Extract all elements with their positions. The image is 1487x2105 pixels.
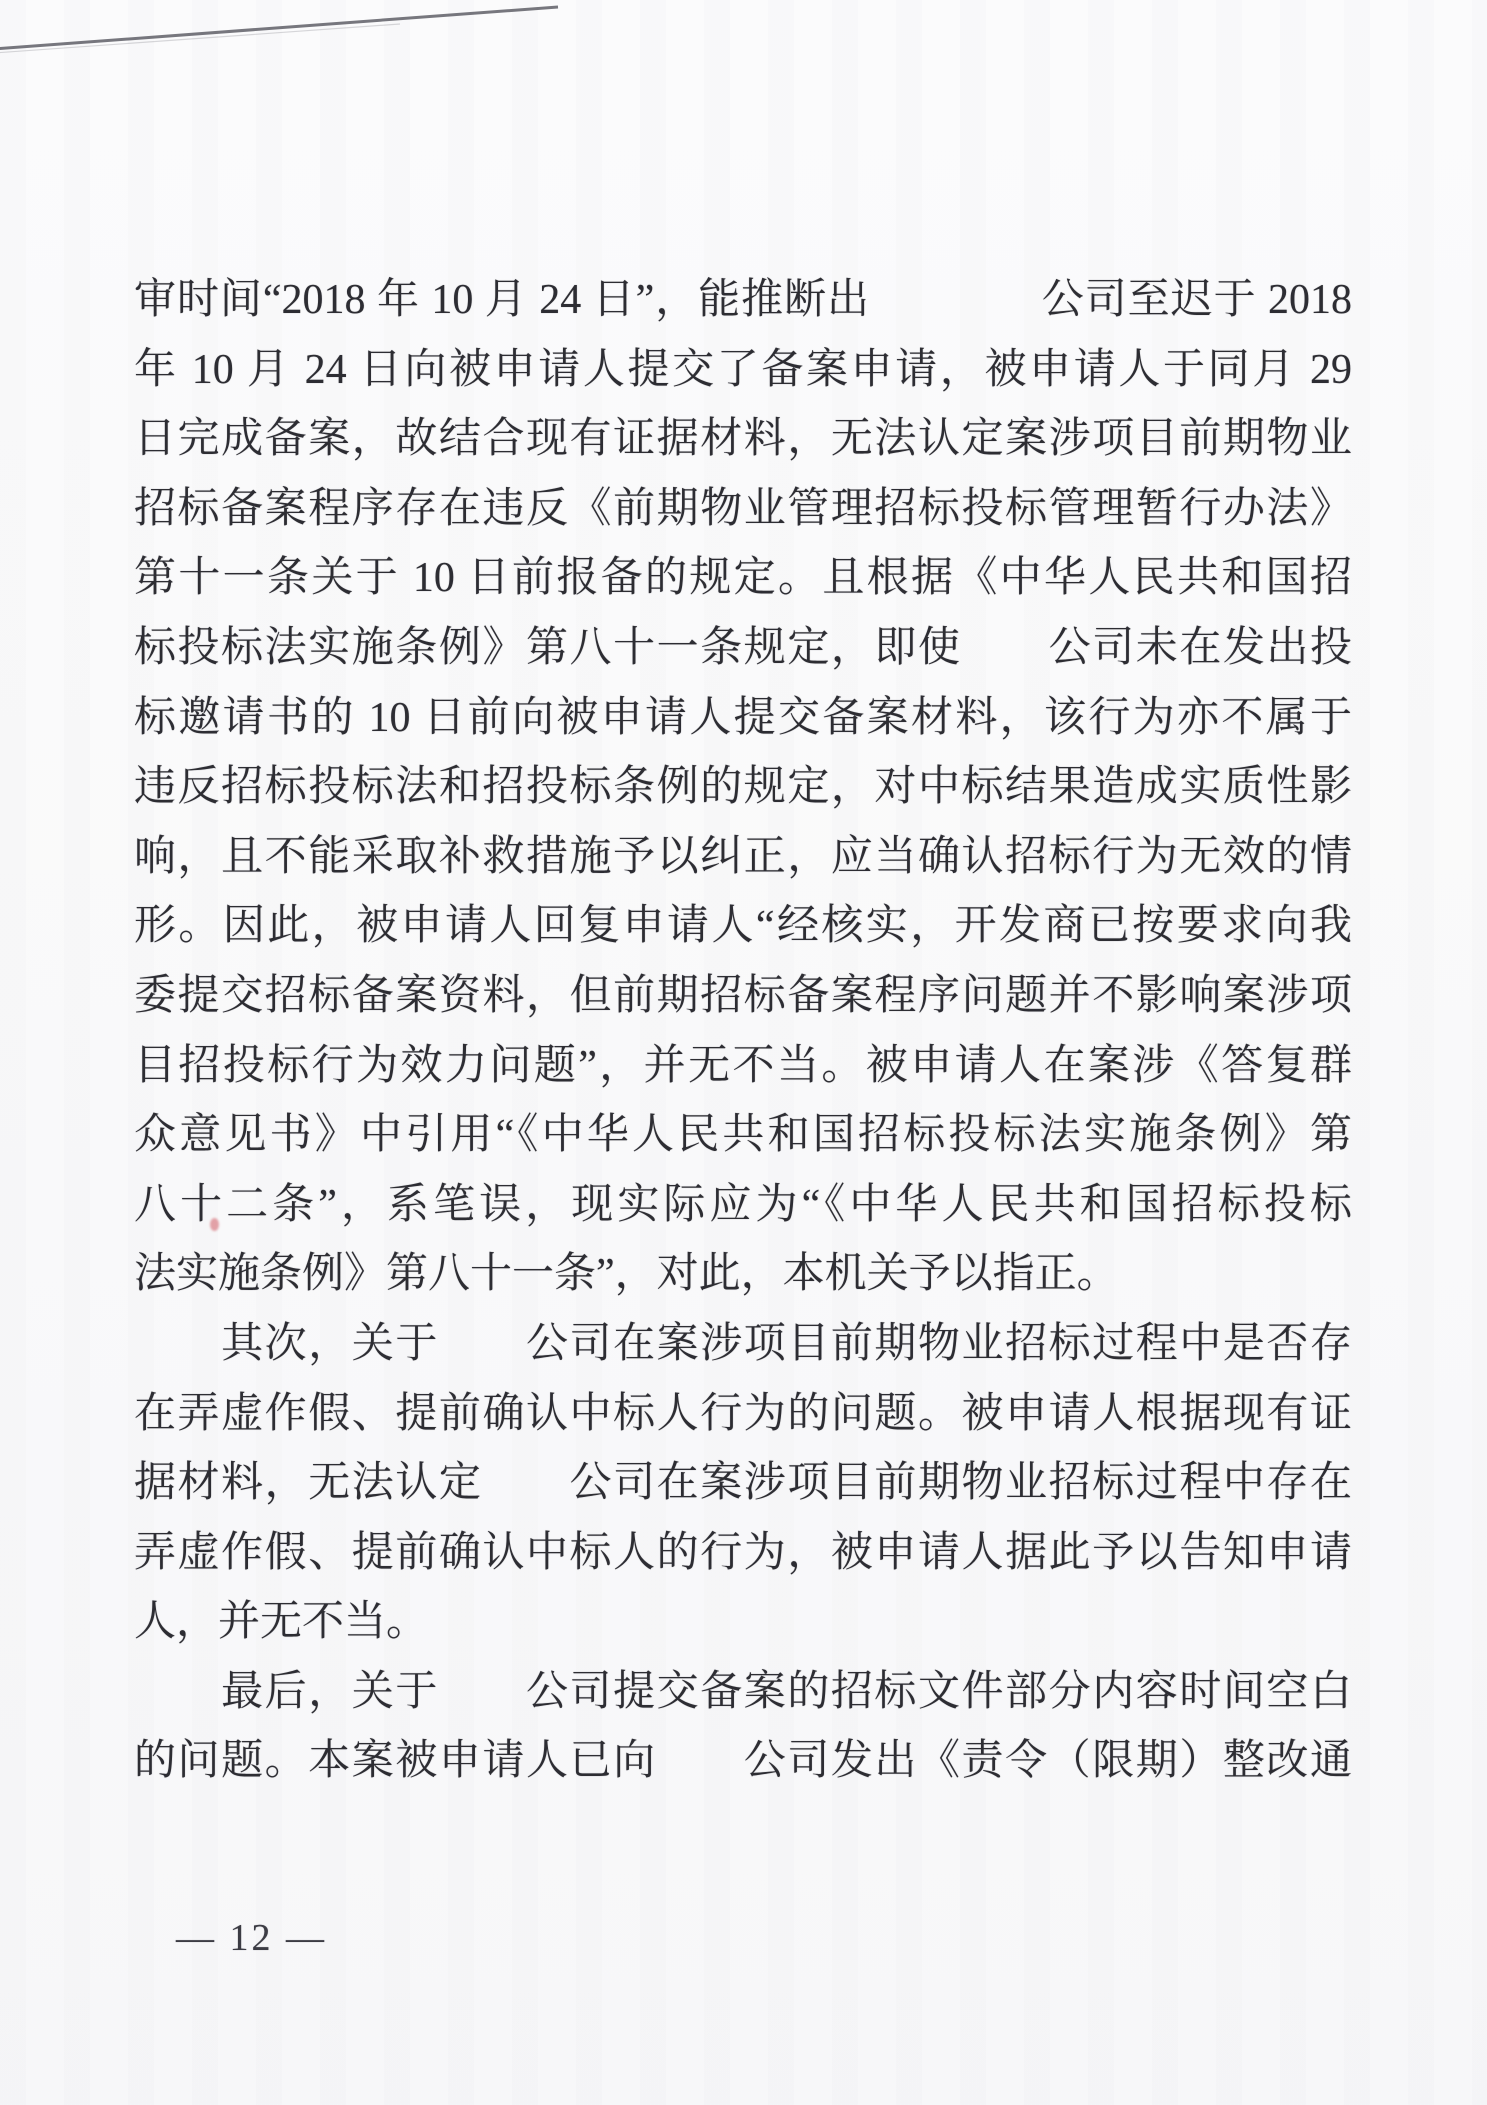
text-line: 审时间“2018 年 10 月 24 日”，能推断出 公司至迟于 2018: [134, 266, 1352, 336]
text-line: 委提交招标备案资料，但前期招标备案程序问题并不影响案涉项: [134, 962, 1352, 1032]
text-line: 弄虚作假、提前确认中标人的行为，被申请人据此予以告知申请: [134, 1519, 1352, 1589]
text-line: 标投标法实施条例》第八十一条规定，即使 公司未在发出投: [134, 614, 1352, 684]
text-line: 标邀请书的 10 日前向被申请人提交备案材料，该行为亦不属于: [134, 684, 1352, 754]
text-line: 其次，关于 公司在案涉项目前期物业招标过程中是否存: [134, 1310, 1352, 1380]
text-line: 目招投标行为效力问题”，并无不当。被申请人在案涉《答复群: [134, 1032, 1352, 1102]
text-line: 据材料，无法认定 公司在案涉项目前期物业招标过程中存在: [134, 1449, 1352, 1519]
text-line: 形。因此，被申请人回复申请人“经核实，开发商已按要求向我: [134, 892, 1352, 962]
text-line: 年 10 月 24 日向被申请人提交了备案申请，被申请人于同月 29: [134, 336, 1352, 406]
text-line: 人，并无不当。: [134, 1588, 1352, 1658]
scanned-document-page: 审时间“2018 年 10 月 24 日”，能推断出 公司至迟于 2018 年 …: [0, 0, 1487, 2105]
text-line: 八十二条”，系笔误，现实际应为“《中华人民共和国招标投标: [134, 1171, 1352, 1241]
text-line: 在弄虚作假、提前确认中标人行为的问题。被申请人根据现有证: [134, 1380, 1352, 1450]
text-line: 众意见书》中引用“《中华人民共和国招标投标法实施条例》第: [134, 1101, 1352, 1171]
document-body-text: 审时间“2018 年 10 月 24 日”，能推断出 公司至迟于 2018 年 …: [134, 266, 1352, 1797]
text-line: 法实施条例》第八十一条”，对此，本机关予以指正。: [134, 1240, 1352, 1310]
text-line: 违反招标投标法和招投标条例的规定，对中标结果造成实质性影: [134, 753, 1352, 823]
text-line: 的问题。本案被申请人已向 公司发出《责令（限期）整改通: [134, 1727, 1352, 1797]
text-line: 招标备案程序存在违反《前期物业管理招标投标管理暂行办法》: [134, 475, 1352, 545]
text-line: 第十一条关于 10 日前报备的规定。且根据《中华人民共和国招: [134, 544, 1352, 614]
page-number: — 12 —: [176, 1916, 327, 1960]
text-line: 日完成备案，故结合现有证据材料，无法认定案涉项目前期物业: [134, 405, 1352, 475]
text-line: 最后，关于 公司提交备案的招标文件部分内容时间空白: [134, 1658, 1352, 1728]
scan-top-edge-artifact: [0, 0, 1487, 70]
text-line: 响，且不能采取补救措施予以纠正，应当确认招标行为无效的情: [134, 823, 1352, 893]
